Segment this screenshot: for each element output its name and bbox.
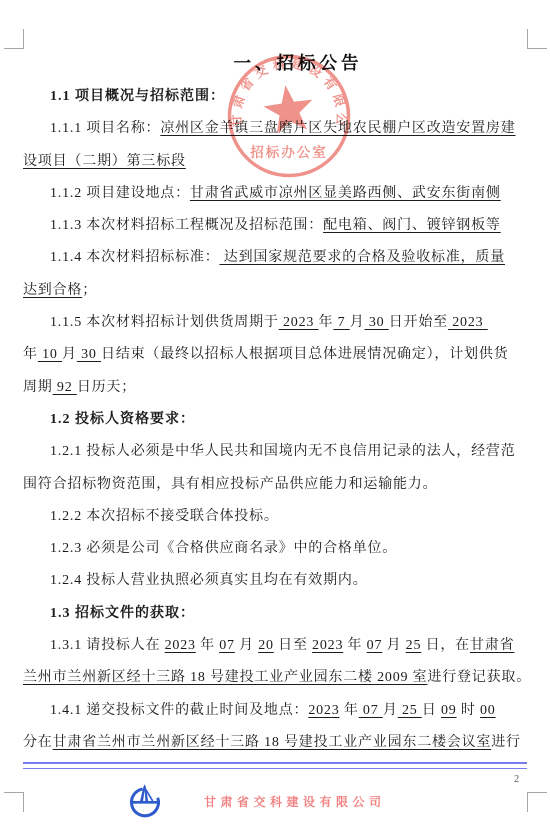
text: 年 [196, 638, 219, 653]
document-page: 一、招标公告 1.1 项目概况与招标范围：1.1.1 项目名称：凉州区金羊镇三盘… [0, 0, 550, 830]
doc-line: 围符合招标物资范围，具有相应投标产品供应能力和运输能力。 [23, 469, 528, 501]
text: 月 [383, 703, 398, 718]
doc-line: 周期 92 日历天； [23, 372, 528, 404]
text: 1.1.5 本次材料招标计划供货周期于 [50, 315, 279, 330]
underlined-text: 92 [53, 380, 77, 395]
underlined-text: 兰州市兰州新区经十三路 18 号建投工业产业园东二楼 2009 室 [23, 670, 427, 685]
underlined-text: 甘肃省兰州市兰州新区经十三路 18 号建投工业产业园东二楼会议室 [53, 735, 492, 750]
doc-line: 1.1.3 本次材料招标工程概况及招标范围：配电箱、阀门、镀锌钢板等 [23, 210, 528, 242]
doc-line: 分在甘肃省兰州市兰州新区经十三路 18 号建投工业产业园东二楼会议室进行 [23, 727, 528, 759]
text: 1.1 项目概况与招标范围： [50, 89, 225, 104]
text: 1.2.1 投标人必须是中华人民共和国境内无不良信用记录的法人，经营范 [50, 444, 516, 459]
underlined-text: 甘肃省 [470, 638, 514, 653]
text: 进行 [491, 735, 521, 750]
text: 年 [23, 347, 38, 362]
text: 日至 [274, 638, 312, 653]
text: 1.1.2 项目建设地点： [50, 186, 190, 201]
underlined-text: 配电箱、阀门、镀锌钢板等 [323, 218, 501, 233]
text: 月 [382, 638, 405, 653]
underlined-text: 20 [258, 638, 274, 653]
text: 1.1.1 项目名称： [50, 121, 160, 136]
underlined-text: 2023 [448, 315, 488, 330]
text: 1.2 投标人资格要求： [50, 412, 195, 427]
text: 日 [422, 703, 441, 718]
text: 日历天； [77, 380, 136, 395]
underlined-text: 2023 [279, 315, 319, 330]
underlined-text: 2023 [312, 638, 343, 653]
doc-line: 1.2.3 必须是公司《合格供应商名录》中的合格单位。 [23, 533, 528, 565]
text: 月 [62, 347, 77, 362]
text: 围符合招标物资范围，具有相应投标产品供应能力和运输能力。 [23, 477, 437, 492]
underlined-text: 07 [367, 638, 383, 653]
doc-line: 1.1.5 本次材料招标计划供货周期于 2023 年 7 月 30 日开始至 2… [23, 307, 528, 339]
text: 1.2.2 本次招标不接受联合体投标。 [50, 509, 279, 524]
underlined-text: 达到合格 [23, 283, 82, 298]
text: 年 [343, 638, 366, 653]
text: 日结束（最终以招标人根据项目总体进展情况确定），计划供货 [101, 347, 508, 362]
doc-line: 1.2 投标人资格要求： [23, 404, 528, 436]
text: 年 [319, 315, 334, 330]
text: 周期 [23, 380, 53, 395]
underlined-text: 25 [406, 638, 422, 653]
doc-line: 1.2.1 投标人必须是中华人民共和国境内无不良信用记录的法人，经营范 [23, 436, 528, 468]
doc-line: 1.3 招标文件的获取： [23, 598, 528, 630]
text: 1.2.4 投标人营业执照必须真实且均在有效期内。 [50, 573, 368, 588]
text: 分在 [23, 735, 53, 750]
crop-mark-top-right [527, 29, 547, 49]
text: 1.1.3 本次材料招标工程概况及招标范围： [50, 218, 323, 233]
text: 月 [235, 638, 258, 653]
page-number: 2 [514, 774, 519, 785]
text: 1.2.3 必须是公司《合格供应商名录》中的合格单位。 [50, 541, 397, 556]
doc-line: 达到合格； [23, 275, 528, 307]
doc-line: 1.2.4 投标人营业执照必须真实且均在有效期内。 [23, 565, 528, 597]
text: 1.4.1 递交投标文件的截止时间及地点： [50, 703, 308, 718]
official-stamp: 甘肃省交科建设有限公司 招标办公室 [224, 51, 354, 181]
doc-line: 1.2.2 本次招标不接受联合体投标。 [23, 501, 528, 533]
text: 时 [457, 703, 480, 718]
text: 1.3 招标文件的获取： [50, 606, 195, 621]
underlined-text: 07 [359, 703, 383, 718]
crop-mark-bottom-left [4, 792, 24, 812]
stamp-graphic: 甘肃省交科建设有限公司 招标办公室 [224, 51, 354, 181]
text: 月 [350, 315, 365, 330]
document-body: 1.1 项目概况与招标范围：1.1.1 项目名称：凉州区金羊镇三盘磨片区失地农民… [23, 81, 528, 759]
doc-line: 1.3.1 请投标人在 2023 年 07 月 20 日至 2023 年 07 … [23, 630, 528, 662]
text: 1.1.4 本次材料招标标准： [50, 250, 220, 265]
text: 1.3.1 请投标人在 [50, 638, 165, 653]
text: 年 [340, 703, 359, 718]
doc-line: 1.1.4 本次材料招标标准： 达到国家规范要求的合格及验收标准，质量 [23, 242, 528, 274]
text: 日开始至 [389, 315, 448, 330]
underlined-text: 30 [77, 347, 101, 362]
underlined-text: 25 [398, 703, 422, 718]
doc-line: 1.4.1 递交投标文件的截止时间及地点：2023 年 07 月 25 日 09… [23, 695, 528, 727]
underlined-text: 设项目（二期）第三标段 [23, 154, 186, 169]
underlined-text: 30 [365, 315, 389, 330]
crop-mark-top-left [4, 29, 24, 49]
stamp-office-text: 招标办公室 [249, 144, 328, 160]
underlined-text: 07 [219, 638, 235, 653]
underlined-text: 2023 [308, 703, 339, 718]
underlined-text: 甘肃省武威市凉州区显美路西侧、武安东街南侧 [190, 186, 501, 201]
doc-line: 年 10 月 30 日结束（最终以招标人根据项目总体进展情况确定），计划供货 [23, 339, 528, 371]
text: 进行登记获取。 [427, 670, 531, 685]
underlined-text: 09 [441, 703, 457, 718]
text: 日，在 [421, 638, 470, 653]
footer-company-name: 甘肃省交科建设有限公司 [204, 793, 386, 810]
underlined-text: 2023 [165, 638, 196, 653]
company-logo-icon [127, 782, 163, 819]
footer-double-rule [23, 762, 527, 769]
stamp-star-icon [261, 82, 316, 135]
doc-line: 兰州市兰州新区经十三路 18 号建投工业产业园东二楼 2009 室进行登记获取。 [23, 662, 528, 694]
doc-line: 1.1.2 项目建设地点：甘肃省武威市凉州区显美路西侧、武安东街南侧 [23, 178, 528, 210]
underlined-text: 00 [480, 703, 496, 718]
underlined-text: 10 [38, 347, 62, 362]
underlined-text: 7 [333, 315, 349, 330]
crop-mark-bottom-right [527, 792, 547, 812]
text: ； [82, 283, 97, 298]
underlined-text: 达到国家规范要求的合格及验收标准，质量 [220, 250, 506, 265]
